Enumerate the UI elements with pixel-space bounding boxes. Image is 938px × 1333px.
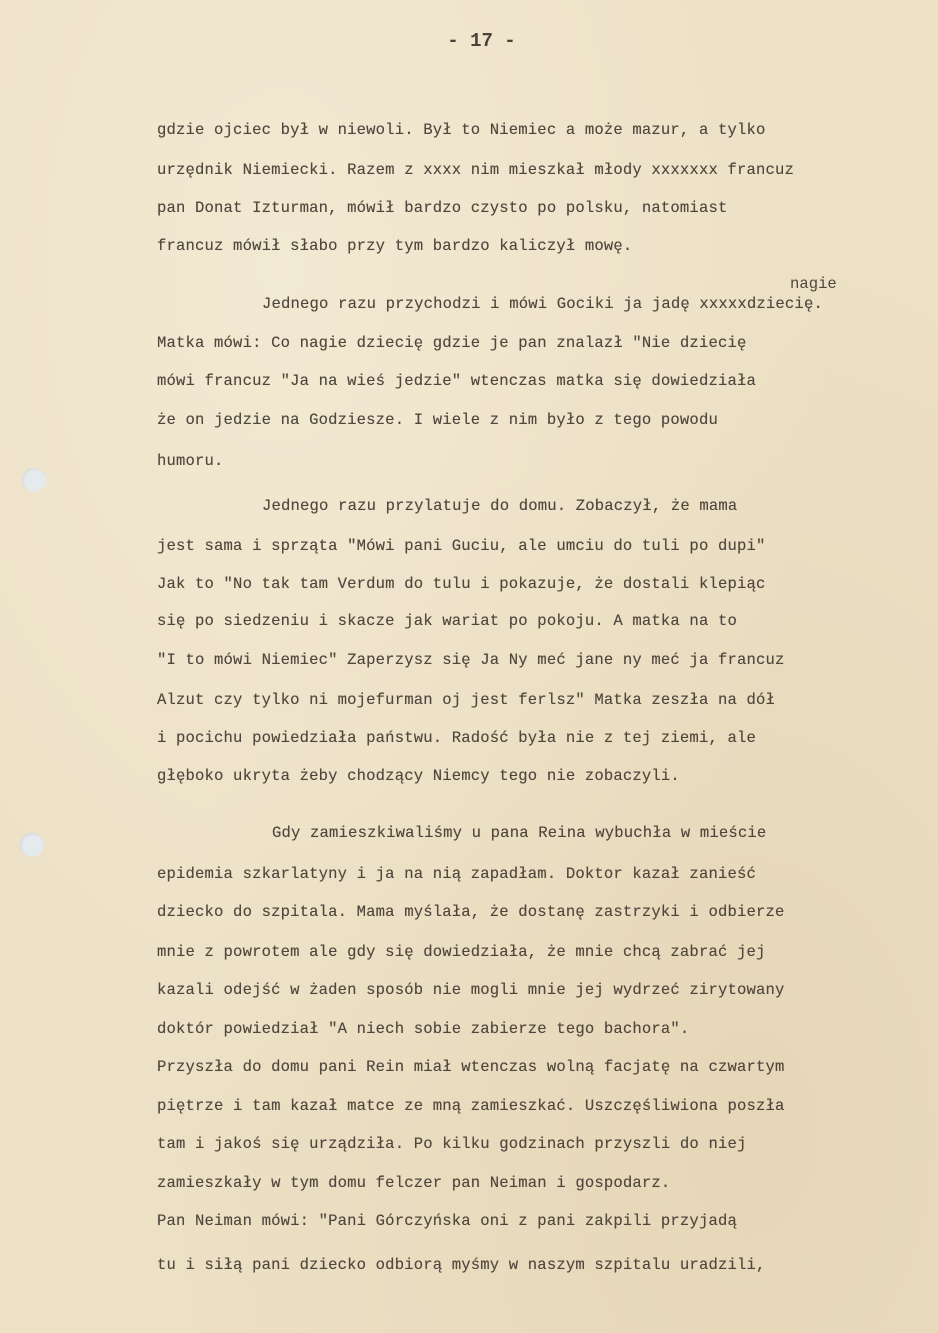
text-line: Matka mówi: Co nagie dziecię gdzie je pa… <box>157 334 746 352</box>
text-line: głęboko ukryta żeby chodzący Niemcy tego… <box>157 767 680 785</box>
text-line: że on jedzie na Godziesze. I wiele z nim… <box>157 411 718 429</box>
document-page: - 17 - gdzie ojciec był w niewoli. Był t… <box>0 0 938 1333</box>
punch-hole-top <box>22 468 46 492</box>
text-line: francuz mówił słabo przy tym bardzo kali… <box>157 237 632 255</box>
text-line: gdzie ojciec był w niewoli. Był to Niemi… <box>157 121 766 139</box>
text-line: pan Donat Izturman, mówił bardzo czysto … <box>157 199 727 217</box>
text-line: mnie z powrotem ale gdy się dowiedziała,… <box>157 943 766 961</box>
text-line: doktór powiedział "A niech sobie zabierz… <box>157 1020 689 1038</box>
inserted-annotation: nagie <box>790 275 837 293</box>
text-line: epidemia szkarlatyny i ja na nią zapadła… <box>157 865 756 883</box>
text-line: Jednego razu przylatuje do domu. Zobaczy… <box>262 497 737 515</box>
text-line: Przyszła do domu pani Rein miał wtenczas… <box>157 1058 785 1076</box>
text-line: jest sama i sprząta "Mówi pani Guciu, al… <box>157 537 766 555</box>
text-line: Jednego razu przychodzi i mówi Gociki ja… <box>262 295 823 313</box>
text-line: Jak to "No tak tam Verdum do tulu i poka… <box>157 575 766 593</box>
text-line: mówi francuz "Ja na wieś jedzie" wtencza… <box>157 372 756 390</box>
text-line: dziecko do szpitala. Mama myślała, że do… <box>157 903 785 921</box>
text-line: i pocichu powiedziała państwu. Radość by… <box>157 729 756 747</box>
text-line: Pan Neiman mówi: "Pani Górczyńska oni z … <box>157 1212 737 1230</box>
page-number: - 17 - <box>0 30 938 52</box>
text-line: "I to mówi Niemiec" Zaperzysz się Ja Ny … <box>157 651 785 669</box>
text-line: kazali odejść w żaden sposób nie mogli m… <box>157 981 785 999</box>
text-line: piętrze i tam kazał matce ze mną zamiesz… <box>157 1097 785 1115</box>
text-line: tam i jakoś się urządziła. Po kilku godz… <box>157 1135 746 1153</box>
text-line: Alzut czy tylko ni mojefurman oj jest fe… <box>157 691 775 709</box>
text-line: humoru. <box>157 452 224 470</box>
text-line: się po siedzeniu i skacze jak wariat po … <box>157 612 737 630</box>
text-line: tu i siłą pani dziecko odbiorą myśmy w n… <box>157 1256 766 1274</box>
text-line: Gdy zamieszkiwaliśmy u pana Reina wybuch… <box>272 824 766 842</box>
text-line: urzędnik Niemiecki. Razem z xxxx nim mie… <box>157 161 794 179</box>
punch-hole-bottom <box>20 833 44 857</box>
text-line: zamieszkały w tym domu felczer pan Neima… <box>157 1174 670 1192</box>
